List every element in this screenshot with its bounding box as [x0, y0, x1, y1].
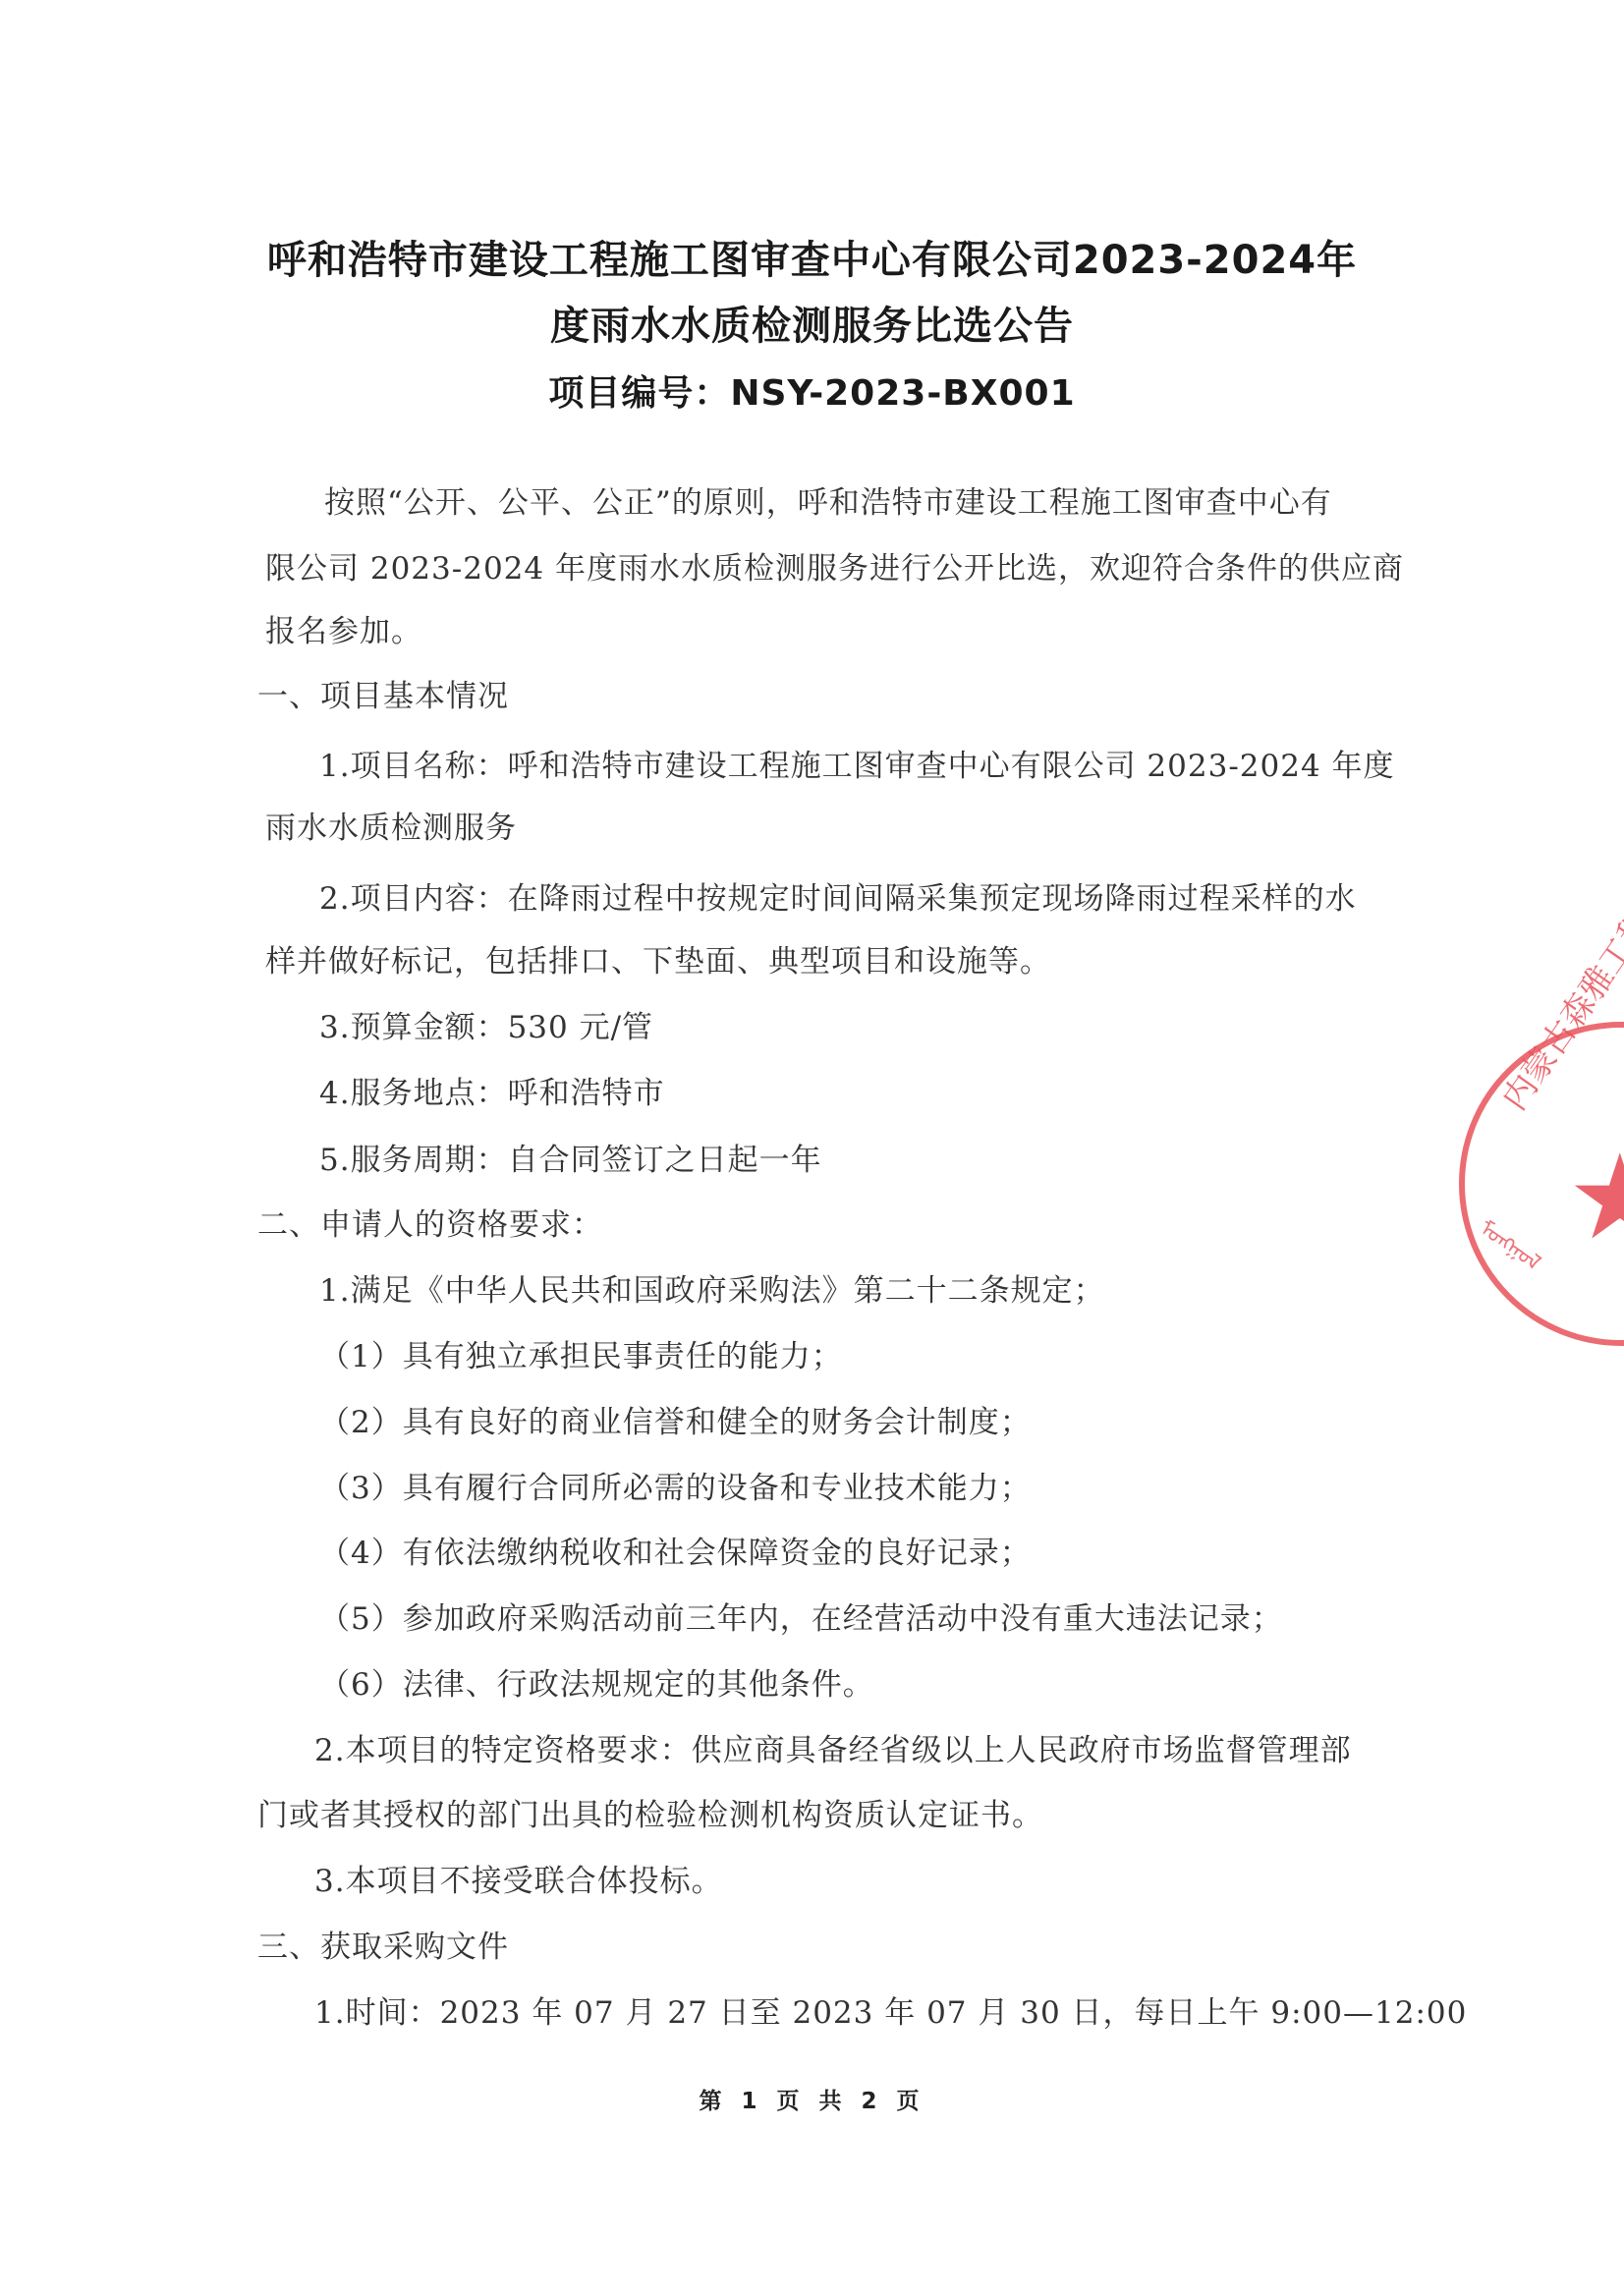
qual-sub-2: （2）具有良好的商业信誉和健全的财务会计制度； [319, 1397, 1032, 1441]
page-number-footer: 第 1 页 共 2 页 [0, 2083, 1624, 2115]
qual-item-3: 3.本项目不接受联合体投标。 [314, 1856, 723, 1900]
qual-sub-1: （1）具有独立承担民事责任的能力； [319, 1331, 843, 1375]
document-page: 呼和浩特市建设工程施工图审查中心有限公司2023-2024年 度雨水水质检测服务… [0, 0, 1624, 2295]
item-service-period: 5.服务周期：自合同签订之日起一年 [319, 1135, 822, 1179]
item-project-name-cont: 雨水水质检测服务 [265, 803, 517, 847]
project-number: 项目编号：NSY-2023-BX001 [0, 365, 1624, 416]
seal-star-icon: ★ [1567, 1140, 1624, 1258]
intro-line-2: 限公司 2023-2024 年度雨水水质检测服务进行公开比选，欢迎符合条件的供应… [265, 543, 1404, 588]
section-heading-basic-info: 一、项目基本情况 [257, 671, 509, 715]
section-heading-qualifications: 二、申请人的资格要求： [257, 1200, 603, 1244]
document-title-line-1: 呼和浩特市建设工程施工图审查中心有限公司2023-2024年 [0, 229, 1624, 285]
qual-sub-4: （4）有依法缴纳税收和社会保障资金的良好记录； [319, 1528, 1032, 1572]
qual-sub-6: （6）法律、行政法规规定的其他条件。 [319, 1659, 874, 1704]
procurement-time: 1.时间：2023 年 07 月 27 日至 2023 年 07 月 30 日，… [314, 1987, 1467, 2032]
qual-item-2-cont: 门或者其授权的部门出具的检验检测机构资质认定证书。 [257, 1790, 1043, 1834]
item-project-content: 2.项目内容：在降雨过程中按规定时间间隔采集预定现场降雨过程采样的水 [319, 873, 1357, 918]
item-project-content-cont: 样并做好标记，包括排口、下垫面、典型项目和设施等。 [265, 936, 1051, 980]
item-location: 4.服务地点：呼和浩特市 [319, 1068, 665, 1112]
intro-line-3: 报名参加。 [265, 606, 422, 650]
item-project-name: 1.项目名称：呼和浩特市建设工程施工图审查中心有限公司 2023-2024 年度 [319, 741, 1395, 785]
document-title-line-2: 度雨水水质检测服务比选公告 [0, 295, 1624, 351]
qual-item-2: 2.本项目的特定资格要求：供应商具备经省级以上人民政府市场监督管理部 [314, 1725, 1352, 1769]
qual-sub-5: （5）参加政府采购活动前三年内，在经营活动中没有重大违法记录； [319, 1594, 1283, 1638]
item-budget: 3.预算金额：530 元/管 [319, 1002, 653, 1046]
section-heading-procurement-docs: 三、获取采购文件 [257, 1922, 509, 1966]
qual-sub-3: （3）具有履行合同所必需的设备和专业技术能力； [319, 1463, 1032, 1507]
intro-line-1: 按照“公开、公平、公正”的原则，呼和浩特市建设工程施工图审查中心有 [324, 477, 1332, 522]
qual-item-1: 1.满足《中华人民共和国政府采购法》第二十二条规定； [319, 1265, 1105, 1310]
